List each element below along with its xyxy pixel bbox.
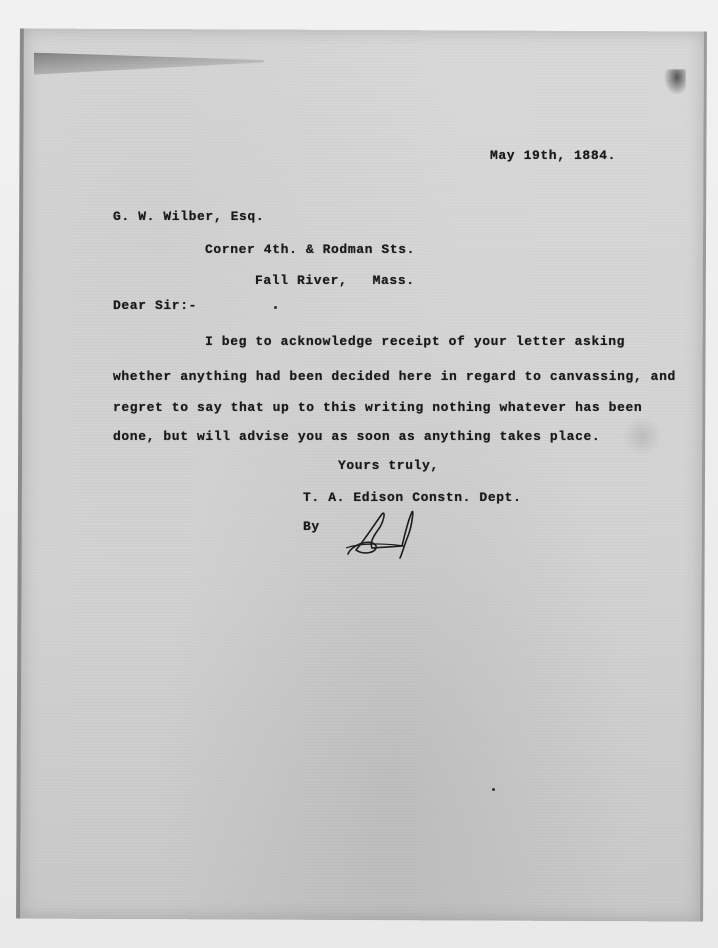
recipient-street: Corner 4th. & Rodman Sts. (205, 242, 415, 257)
salutation: Dear Sir:- (113, 298, 197, 313)
closing: Yours truly, (338, 458, 439, 473)
stray-mark (274, 306, 277, 309)
body-line: regret to say that up to this writing no… (113, 400, 642, 415)
recipient-city: Fall River, Mass. (255, 273, 415, 288)
signature-icon (342, 508, 432, 560)
body-line: I beg to acknowledge receipt of your let… (205, 334, 625, 349)
by-label: By (303, 519, 320, 534)
letter-date: May 19th, 1884. (490, 148, 616, 163)
body-line: whether anything had been decided here i… (113, 369, 676, 384)
folded-corner (34, 53, 264, 76)
stray-mark (492, 788, 495, 791)
paper-stain (622, 416, 662, 456)
recipient-name: G. W. Wilber, Esq. (113, 209, 264, 224)
corner-smudge (664, 69, 686, 95)
body-line: done, but will advise you as soon as any… (113, 429, 600, 444)
signer-name: T. A. Edison Constn. Dept. (303, 490, 521, 505)
